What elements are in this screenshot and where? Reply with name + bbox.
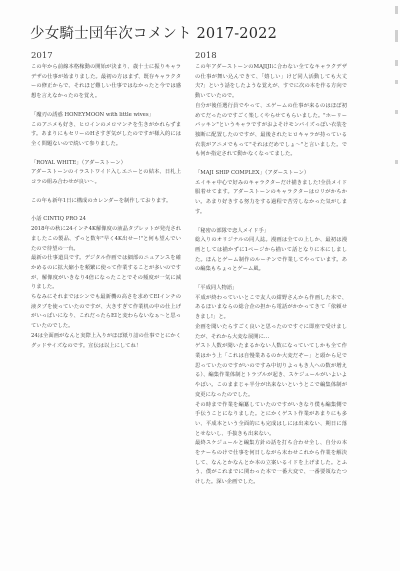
paragraph: エイキャ中心で好みのキャラクターだけ描きました!全員メイド服着せてます。アダース… bbox=[195, 179, 347, 218]
paragraph: この年アダーストーンのMAJIJIに合わない全てなキャラクデザの仕事が舞い込んで… bbox=[195, 63, 347, 102]
section-honeymoon: 「魔刃の誘惑 HONEYMOON with little wives」 このアニ… bbox=[31, 111, 181, 150]
scan-edge-mark bbox=[395, 30, 398, 42]
scan-edge-mark bbox=[395, 60, 398, 66]
paragraph: この年も新年1日に構成のカレンダーを制作しております。 bbox=[31, 197, 181, 207]
section-maji-ship-complex: 「MAJI SHIP COMPLEX」（アダーストーン） エイキャ中心で好みのキ… bbox=[195, 169, 347, 218]
section-title: 「秘密の部隊で恋人メイド手」 bbox=[195, 227, 347, 237]
paragraph: 最新の仕事道具です。デジタル作画では細部のニュアンスを確かめるのに拡大縮小を頻繁… bbox=[31, 254, 181, 293]
page-title: 少女騎士団年次コメント 2017-2022 bbox=[30, 22, 277, 43]
paragraph: 最終スケジュールと編集方針の話を打ち合わせ全し、自分の本をナーちのけで仕事を何日… bbox=[195, 439, 347, 488]
section-intro-2018: この年アダーストーンのMAJIJIに合わない全てなキャラクデザの仕事が舞い込んで… bbox=[195, 63, 347, 160]
scan-edge-mark bbox=[395, 80, 398, 84]
section-title: 「平成同人物語」 bbox=[195, 284, 347, 294]
column-2018: 2018 この年アダーストーンのMAJIJIに合わない全てなキャラクデザの仕事が… bbox=[195, 51, 347, 497]
year-heading-2018: 2018 bbox=[195, 51, 347, 61]
paragraph: 総入りのオリジナルの同人誌。漫画は全ての上しか、最初は漫画としては描かずに1ペー… bbox=[195, 236, 347, 275]
paragraph: 平成が終わっていいとこで友人の紺野さんから作画した本で、あるほいまならの総合企の… bbox=[195, 294, 347, 323]
paragraph: ゲスト人数が聞いたまるかない人数になっていてしかも全て作業はかう上「これは自慢業… bbox=[195, 342, 347, 400]
section-intro-2017: この年から前線本格稼動の開始が決まり、歳十士に振りキャラデザの仕事が始まりました… bbox=[31, 63, 181, 102]
section-title: 「MAJI SHIP COMPLEX」（アダーストーン） bbox=[195, 169, 347, 179]
section-title: 「ROYAL WHITE」（アダーストーン） bbox=[31, 159, 181, 169]
paragraph: アダーストーンのイラストワイド入しエニーとの結本、日札上コラの組み合わせが良い～… bbox=[31, 168, 181, 187]
paragraph: この年から前線本格稼動の開始が決まり、歳十士に振りキャラデザの仕事が始まりました… bbox=[31, 63, 181, 102]
section-secret-unit: 「秘密の部隊で恋人メイド手」 総入りのオリジナルの同人誌。漫画は全ての上しか、最… bbox=[195, 227, 347, 276]
paragraph: 自分が後任選行員でやって、エゲームの仕事が来るのはほぼ初めてだったのですごく楽し… bbox=[195, 102, 347, 160]
section-heisei-doujin: 「平成同人物語」 平成が終わっていいとこで友人の紺野さんから作画した本で、あるほ… bbox=[195, 284, 347, 488]
scan-edge-mark bbox=[395, 110, 398, 114]
paragraph: その時まで作業を編纂していたのですがいきなり僕も編集側で手伝うことになりました。… bbox=[195, 401, 347, 440]
section-title: 小話 CINTIQ PRO 24 bbox=[31, 215, 181, 225]
paragraph: 2018年の秋に24インチ4K解像度の液晶タブレットが発売されましたこの製品、ず… bbox=[31, 225, 181, 254]
scan-edge-mark bbox=[395, 160, 398, 164]
paragraph: ちなみにそれまではシンでも最新機の高さを求めてEIインチの液タブを使っていたので… bbox=[31, 293, 181, 332]
column-2017: 2017 この年から前線本格稼動の開始が決まり、歳十士に振りキャラデザの仕事が始… bbox=[31, 51, 181, 360]
scan-edge-mark bbox=[395, 6, 398, 14]
section-cintiq: 小話 CINTIQ PRO 24 2018年の秋に24インチ4K解像度の液晶タブ… bbox=[31, 215, 181, 351]
paragraph: 企画を聞いたらすごく良いと思ったのですぐに即座で受けましたが、それから大変な展開… bbox=[195, 323, 347, 342]
scanned-page: 少女騎士団年次コメント 2017-2022 2017 この年から前線本格稼動の開… bbox=[0, 0, 400, 571]
section-title: 「魔刃の誘惑 HONEYMOON with little wives」 bbox=[31, 111, 181, 121]
year-heading-2017: 2017 bbox=[31, 51, 181, 61]
section-calendar: この年も新年1日に構成のカレンダーを制作しております。 bbox=[31, 197, 181, 207]
section-royal-white: 「ROYAL WHITE」（アダーストーン） アダーストーンのイラストワイド入し… bbox=[31, 159, 181, 188]
paragraph: 24は全面画がなんと実際上入りがほぼ紙り詰の仕事でとにかくグッドサイズなのです。… bbox=[31, 332, 181, 351]
paragraph: このアニメも好き、ヒロインのメロマンチを生きがかれらずます。あまりにもセリーのH… bbox=[31, 121, 181, 150]
